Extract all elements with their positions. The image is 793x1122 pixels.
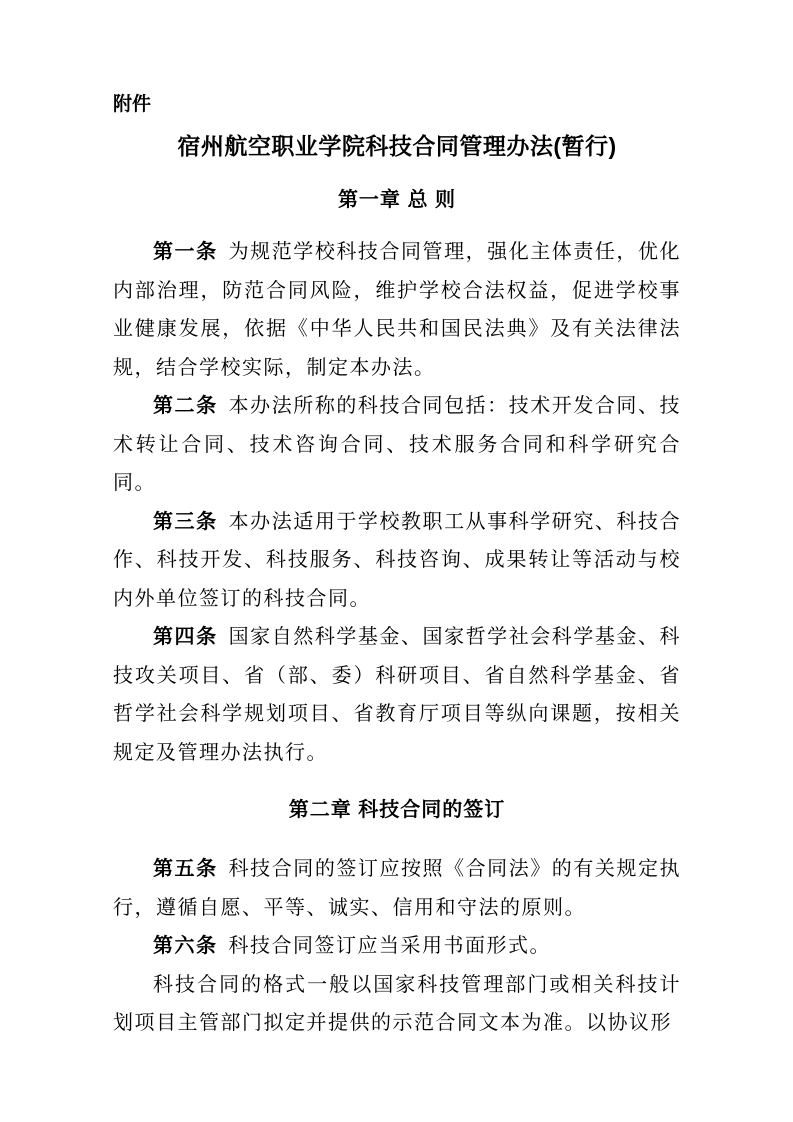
- chapter-1-heading: 第一章 总 则: [113, 187, 681, 213]
- chapter-2-heading: 第二章 科技合同的签订: [113, 797, 681, 823]
- document-title: 宿州航空职业学院科技合同管理办法(暂行): [113, 131, 681, 161]
- document-page: 附件 宿州航空职业学院科技合同管理办法(暂行) 第一章 总 则 第一条为规范学校…: [0, 0, 793, 1122]
- article-4-label: 第四条: [153, 626, 218, 648]
- article-1-label: 第一条: [153, 241, 218, 263]
- article-6: 第六条科技合同签订应当采用书面形式。: [113, 927, 681, 966]
- attachment-label: 附件: [113, 92, 681, 118]
- article-3-label: 第三条: [153, 511, 218, 533]
- article-5: 第五条科技合同的签订应按照《合同法》的有关规定执行，遵循自愿、平等、诚实、信用和…: [113, 850, 681, 927]
- article-4: 第四条国家自然科学基金、国家哲学社会科学基金、科技攻关项目、省（部、委）科研项目…: [113, 618, 681, 772]
- article-6-continuation: 科技合同的格式一般以国家科技管理部门或相关科技计划项目主管部门拟定并提供的示范合…: [113, 966, 681, 1043]
- article-3: 第三条本办法适用于学校教职工从事科学研究、科技合作、科技开发、科技服务、科技咨询…: [113, 503, 681, 619]
- article-1: 第一条为规范学校科技合同管理，强化主体责任，优化内部治理，防范合同风险，维护学校…: [113, 233, 681, 387]
- article-6-text: 科技合同签订应当采用书面形式。: [229, 935, 552, 957]
- article-6-label: 第六条: [153, 935, 218, 957]
- article-2: 第二条本办法所称的科技合同包括：技术开发合同、技术转让合同、技术咨询合同、技术服…: [113, 387, 681, 503]
- article-2-label: 第二条: [153, 395, 218, 417]
- article-5-label: 第五条: [153, 858, 218, 880]
